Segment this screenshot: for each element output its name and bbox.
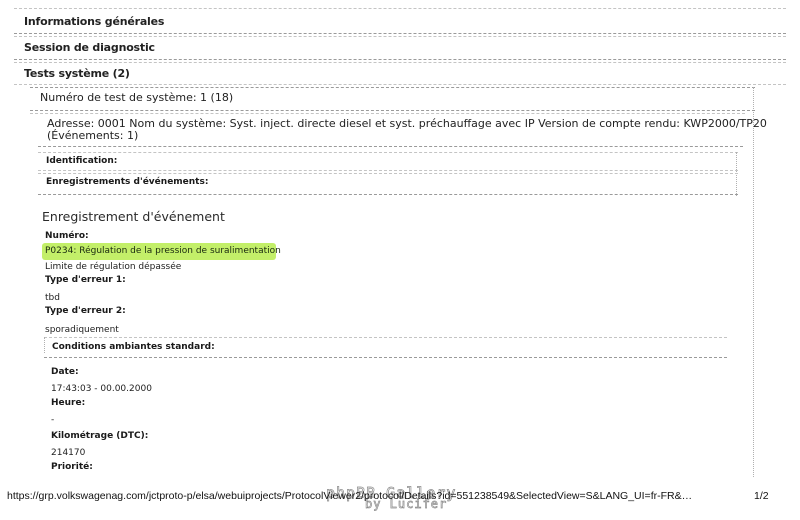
error-type2-value: sporadiquement [45,325,119,335]
section-diagnostic-session[interactable]: Session de diagnostic [24,41,155,54]
system-test-title[interactable]: Numéro de test de système: 1 (18) [40,91,233,104]
divider [38,170,738,171]
error-type1-label: Type d'erreur 1: [45,275,126,285]
divider [14,84,786,85]
divider [30,113,745,114]
divider [44,357,727,358]
divider [14,59,786,60]
page-url[interactable]: https://grp.volkswagenag.com/jctproto-p/… [7,490,692,502]
event-number-detail: Limite de régulation dépassée [45,262,181,272]
system-address-line: Adresse: 0001 Nom du système: Syst. inje… [47,117,767,130]
identification-box-right [736,152,737,196]
event-number-value: P0234: Régulation de la pression de sura… [45,246,281,256]
mileage-value: 214170 [51,448,85,458]
system-test-box-top [30,87,755,88]
date-value: 17:43:03 - 00.00.2000 [51,384,152,394]
event-number-label: Numéro: [45,231,89,241]
error-type1-value: tbd [45,293,60,303]
divider [14,33,786,34]
divider [14,36,786,37]
divider [38,194,738,195]
identification-label[interactable]: Identification: [46,156,117,166]
date-label: Date: [51,367,79,377]
section-general-info[interactable]: Informations générales [24,15,164,28]
section-system-tests[interactable]: Tests système (2) [24,67,130,80]
ambient-box-top [44,337,727,338]
divider [14,8,786,9]
system-test-box-right [753,87,754,477]
time-value: - [51,415,54,425]
mileage-label: Kilométrage (DTC): [51,431,148,441]
identification-box-top [38,152,738,153]
time-label: Heure: [51,398,85,408]
event-records-label[interactable]: Enregistrements d'événements: [46,177,208,187]
divider [30,110,755,111]
divider [14,62,786,63]
divider [38,173,738,174]
page-number: 1/2 [754,490,769,502]
ambient-box-left [44,337,45,353]
divider [38,146,743,147]
event-record-heading: Enregistrement d'événement [42,209,225,224]
error-type2-label-text: Type d'erreur 2: [45,306,126,316]
priority-label: Priorité: [51,462,93,472]
ambient-conditions-title[interactable]: Conditions ambiantes standard: [52,342,215,352]
system-events-count: (Événements: 1) [47,129,138,142]
